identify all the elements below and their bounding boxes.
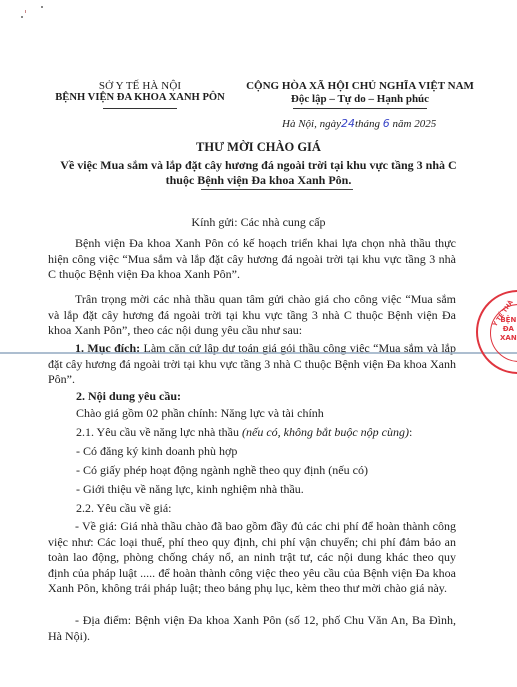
date-month-label: tháng xyxy=(355,118,380,130)
capacity-item-1: - Có đăng ký kinh doanh phù hợp xyxy=(76,444,237,459)
capacity-item-3: - Giới thiệu về năng lực, kinh nghiệm nh… xyxy=(76,482,304,497)
intro-paragraph: Bệnh viện Đa khoa Xanh Pôn có kế hoạch t… xyxy=(48,236,456,283)
date-year: năm 2025 xyxy=(393,118,437,130)
capacity-note: (nếu có, không bắt buộc nộp cùng) xyxy=(242,425,409,439)
purpose-paragraph: 1. Mục đích: Làm căn cứ lập dự toán giá … xyxy=(48,341,456,388)
hospital-name: BỆNH VIỆN ĐA KHOA XANH PÔN xyxy=(40,92,240,104)
scan-speck xyxy=(41,6,43,8)
motto-underline xyxy=(293,108,427,109)
stamp-center-text: BỆN ĐA XAN xyxy=(500,316,517,343)
national-header: CỘNG HÒA XÃ HỘI CHỦ NGHĨA VIỆT NAM Độc l… xyxy=(230,80,490,109)
department-name: SỞ Y TẾ HÀ NỘI xyxy=(40,80,240,92)
capacity-label: 2.1. Yêu cầu về năng lực nhà thầu xyxy=(76,425,242,439)
country-title: CỘNG HÒA XÃ HỘI CHỦ NGHĨA VIỆT NAM xyxy=(230,80,490,93)
invitation-paragraph: Trân trọng mời các nhà thầu quan tâm gửi… xyxy=(48,292,456,339)
price-requirement-heading: 2.2. Yêu cầu về giá: xyxy=(76,501,172,516)
location-paragraph: - Địa điểm: Bệnh viện Đa khoa Xanh Pôn (… xyxy=(48,613,456,644)
stamp-line: XAN xyxy=(500,334,517,343)
subject-line-2: thuộc Bệnh viện Đa khoa Xanh Pôn. xyxy=(30,173,487,188)
stamp-line: ĐA xyxy=(500,325,517,334)
content-label: 2. Nội dung yêu cầu: xyxy=(76,389,181,403)
subject-line-1: Về việc Mua sắm và lắp đặt cây hương đá … xyxy=(30,158,487,173)
capacity-item-2: - Có giấy phép hoạt động ngành nghề theo… xyxy=(76,463,368,478)
official-stamp: Y TẾ THÀ BỆN ĐA XAN xyxy=(476,290,517,374)
subject-underline xyxy=(201,189,353,190)
content-intro: Chào giá gồm 02 phần chính: Năng lực và … xyxy=(76,406,324,421)
capacity-requirement-heading: 2.1. Yêu cầu về năng lực nhà thầu (nếu c… xyxy=(76,425,412,440)
stamp-line: BỆN xyxy=(500,316,517,325)
scan-line-artifact xyxy=(0,352,517,354)
date-prefix: Hà Nội, ngày xyxy=(282,118,341,130)
date-day-handwritten: 24 xyxy=(341,117,355,130)
content-heading: 2. Nội dung yêu cầu: xyxy=(76,389,181,404)
price-paragraph: - Về giá: Giá nhà thầu chào đã bao gồm đ… xyxy=(48,519,456,597)
header-underline xyxy=(103,108,177,109)
document-subject: Về việc Mua sắm và lắp đặt cây hương đá … xyxy=(30,158,487,190)
document-date: Hà Nội, ngày24tháng 6 năm 2025 xyxy=(282,117,436,130)
colon: : xyxy=(409,425,412,439)
national-motto: Độc lập – Tự do – Hạnh phúc xyxy=(230,93,490,106)
scan-speck xyxy=(21,16,23,18)
document-title: THƯ MỜI CHÀO GIÁ xyxy=(0,140,517,155)
salutation: Kính gửi: Các nhà cung cấp xyxy=(0,215,517,230)
scan-speck xyxy=(25,10,26,13)
date-month-handwritten: 6 xyxy=(383,117,390,130)
issuer-header: SỞ Y TẾ HÀ NỘI BỆNH VIỆN ĐA KHOA XANH PÔ… xyxy=(40,80,240,109)
